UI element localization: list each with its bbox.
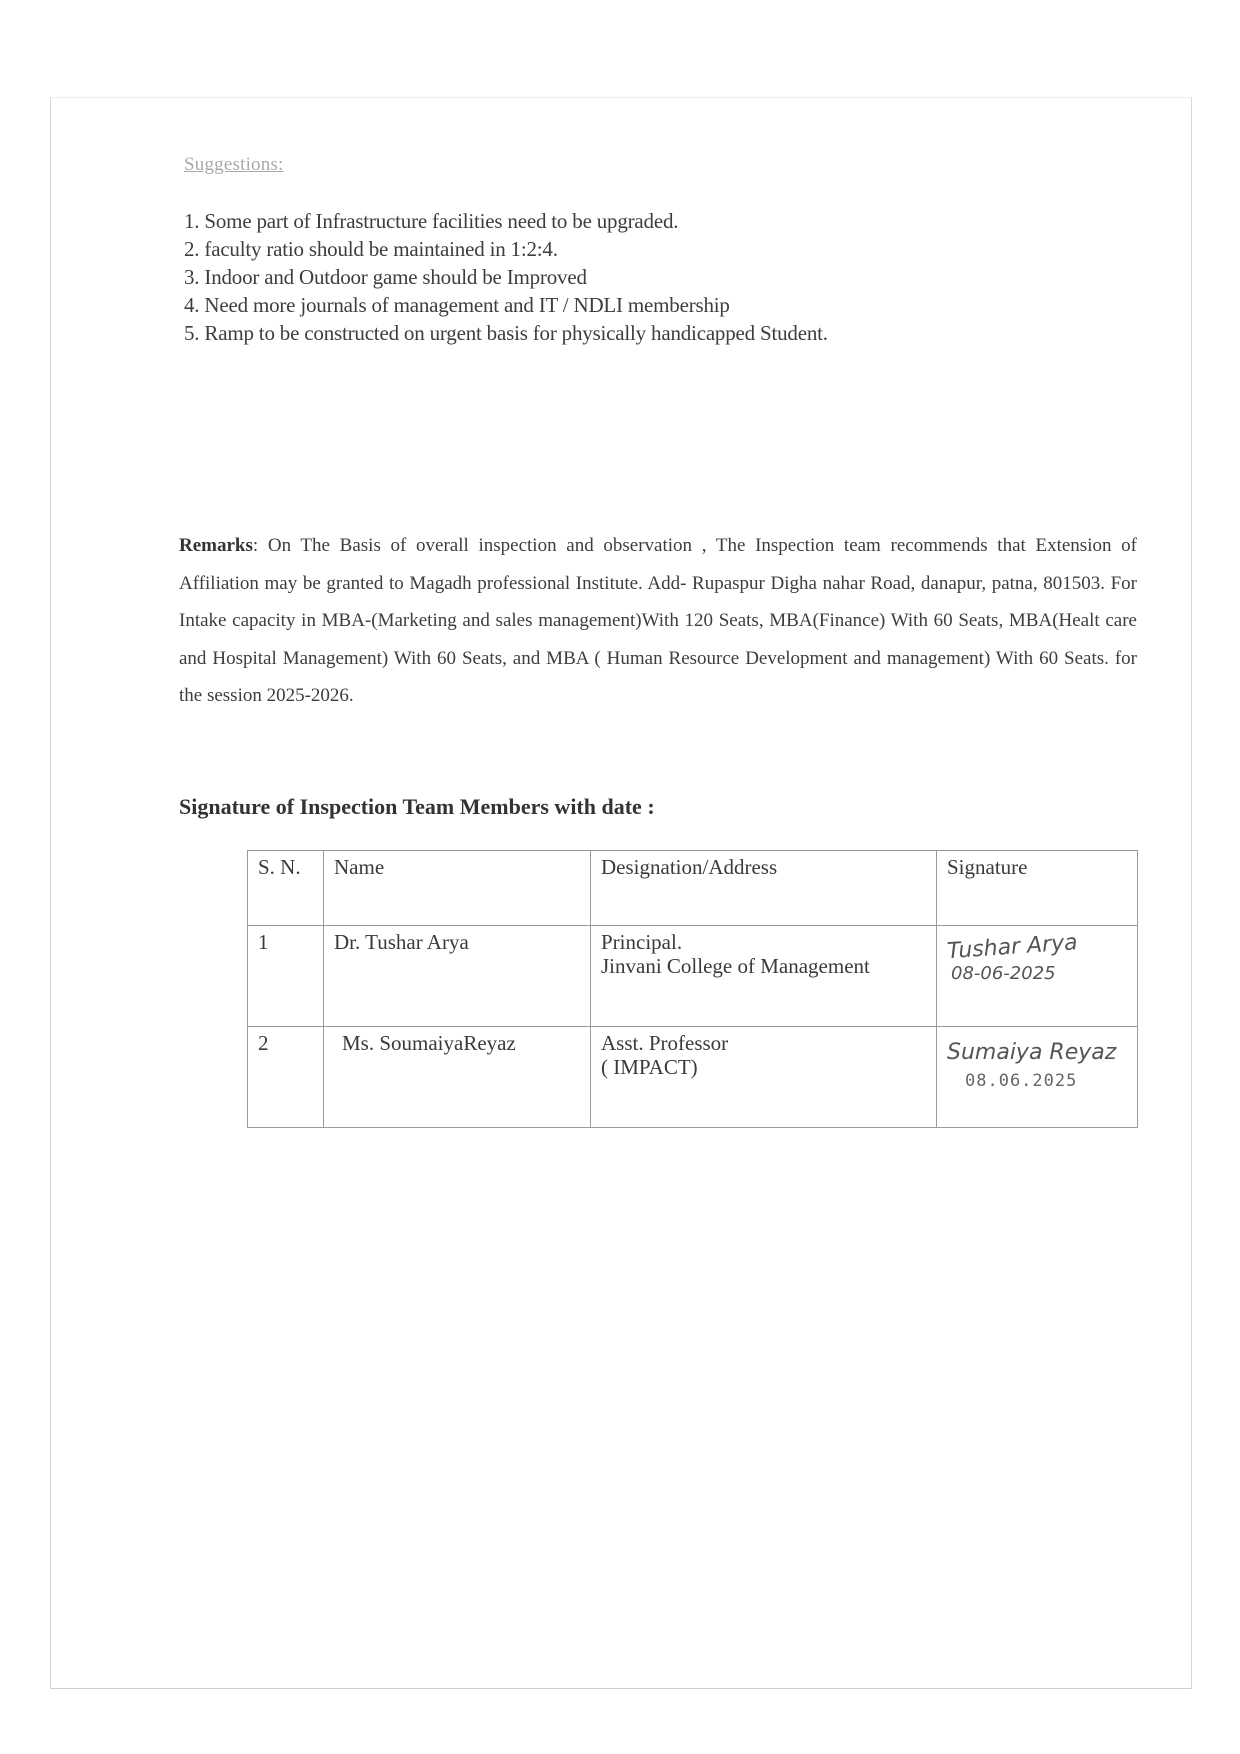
column-header-name: Name: [324, 851, 591, 926]
table-row: 1 Dr. Tushar Arya Principal. Jinvani Col…: [248, 926, 1138, 1027]
cell-sn: 1: [248, 926, 324, 1027]
designation-title: Principal.: [601, 930, 926, 954]
suggestion-item: 5. Ramp to be constructed on urgent basi…: [184, 319, 828, 347]
suggestion-item: 1. Some part of Infrastructure facilitie…: [184, 207, 828, 235]
suggestion-item: 2. faculty ratio should be maintained in…: [184, 235, 828, 263]
cell-sn: 2: [248, 1027, 324, 1128]
suggestions-heading: Suggestions:: [184, 154, 284, 176]
column-header-sn: S. N.: [248, 851, 324, 926]
signature-heading: Signature of Inspection Team Members wit…: [179, 794, 655, 820]
suggestion-item: 4. Need more journals of management and …: [184, 291, 828, 319]
cell-signature: Sumaiya Reyaz 08.06.2025: [937, 1027, 1138, 1128]
column-header-designation: Designation/Address: [591, 851, 937, 926]
remarks-label: Remarks: [179, 535, 253, 556]
designation-title: Asst. Professor: [601, 1031, 926, 1055]
table-header-row: S. N. Name Designation/Address Signature: [248, 851, 1138, 926]
suggestions-list: 1. Some part of Infrastructure facilitie…: [184, 207, 828, 347]
inspection-team-table: S. N. Name Designation/Address Signature…: [247, 850, 1138, 1128]
cell-designation: Principal. Jinvani College of Management: [591, 926, 937, 1027]
column-header-signature: Signature: [937, 851, 1138, 926]
handwritten-date: 08.06.2025: [965, 1069, 1127, 1093]
designation-address: ( IMPACT): [601, 1055, 926, 1079]
cell-name: Ms. SoumaiyaReyaz: [324, 1027, 591, 1128]
table-row: 2 Ms. SoumaiyaReyaz Asst. Professor ( IM…: [248, 1027, 1138, 1128]
designation-address: Jinvani College of Management: [601, 954, 926, 978]
remarks-paragraph: Remarks: On The Basis of overall inspect…: [179, 527, 1137, 715]
cell-designation: Asst. Professor ( IMPACT): [591, 1027, 937, 1128]
handwritten-signature: Sumaiya Reyaz: [947, 1037, 1127, 1069]
cell-name: Dr. Tushar Arya: [324, 926, 591, 1027]
remarks-text: : On The Basis of overall inspection and…: [179, 535, 1137, 706]
cell-signature: Tushar Arya 08-06-2025: [937, 926, 1138, 1027]
suggestion-item: 3. Indoor and Outdoor game should be Imp…: [184, 263, 828, 291]
